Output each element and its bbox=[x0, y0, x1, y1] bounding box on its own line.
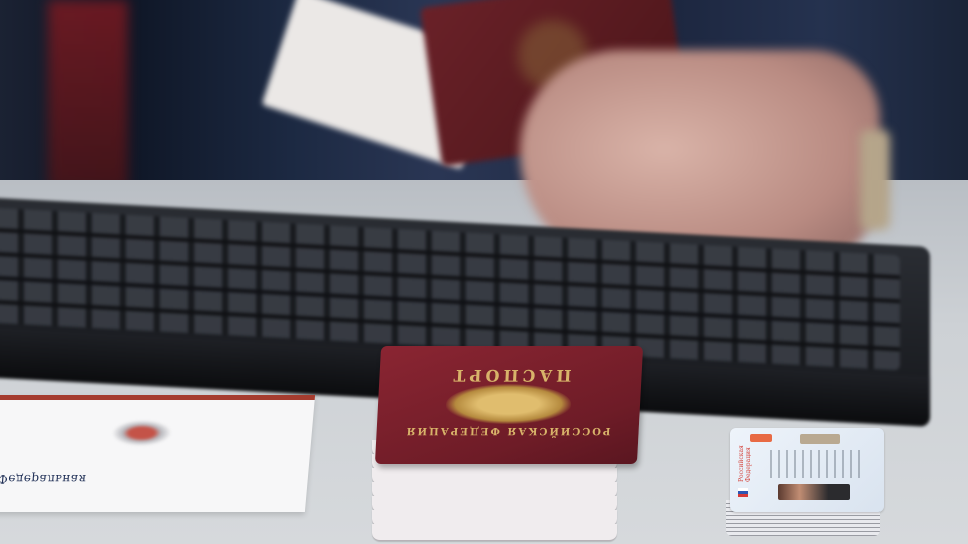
card-text-lines bbox=[770, 450, 860, 478]
envelope: Федеральная bbox=[0, 395, 315, 512]
id-card: Российская Федерация bbox=[730, 428, 884, 512]
card-photo bbox=[778, 484, 850, 500]
emblem-icon bbox=[111, 420, 173, 446]
passport-title: ПАСПОРТ bbox=[379, 366, 642, 385]
envelope-text: Федеральная bbox=[0, 472, 87, 486]
card-side-text: Российская Федерация bbox=[738, 446, 748, 482]
background-red-accent bbox=[48, 0, 128, 190]
card-chip bbox=[750, 434, 772, 442]
card-label bbox=[800, 434, 840, 444]
coat-of-arms-icon bbox=[445, 384, 572, 424]
passport-cover: ПАСПОРТ РОССИЙСКАЯ ФЕДЕРАЦИЯ bbox=[375, 346, 643, 464]
wristwatch bbox=[860, 130, 890, 230]
russian-flag-icon bbox=[738, 488, 748, 497]
passport-country: РОССИЙСКАЯ ФЕДЕРАЦИЯ bbox=[376, 424, 639, 436]
photo-scene: Федеральная ПАСПОРТ РОССИЙСКАЯ ФЕДЕРАЦИЯ… bbox=[0, 0, 968, 544]
